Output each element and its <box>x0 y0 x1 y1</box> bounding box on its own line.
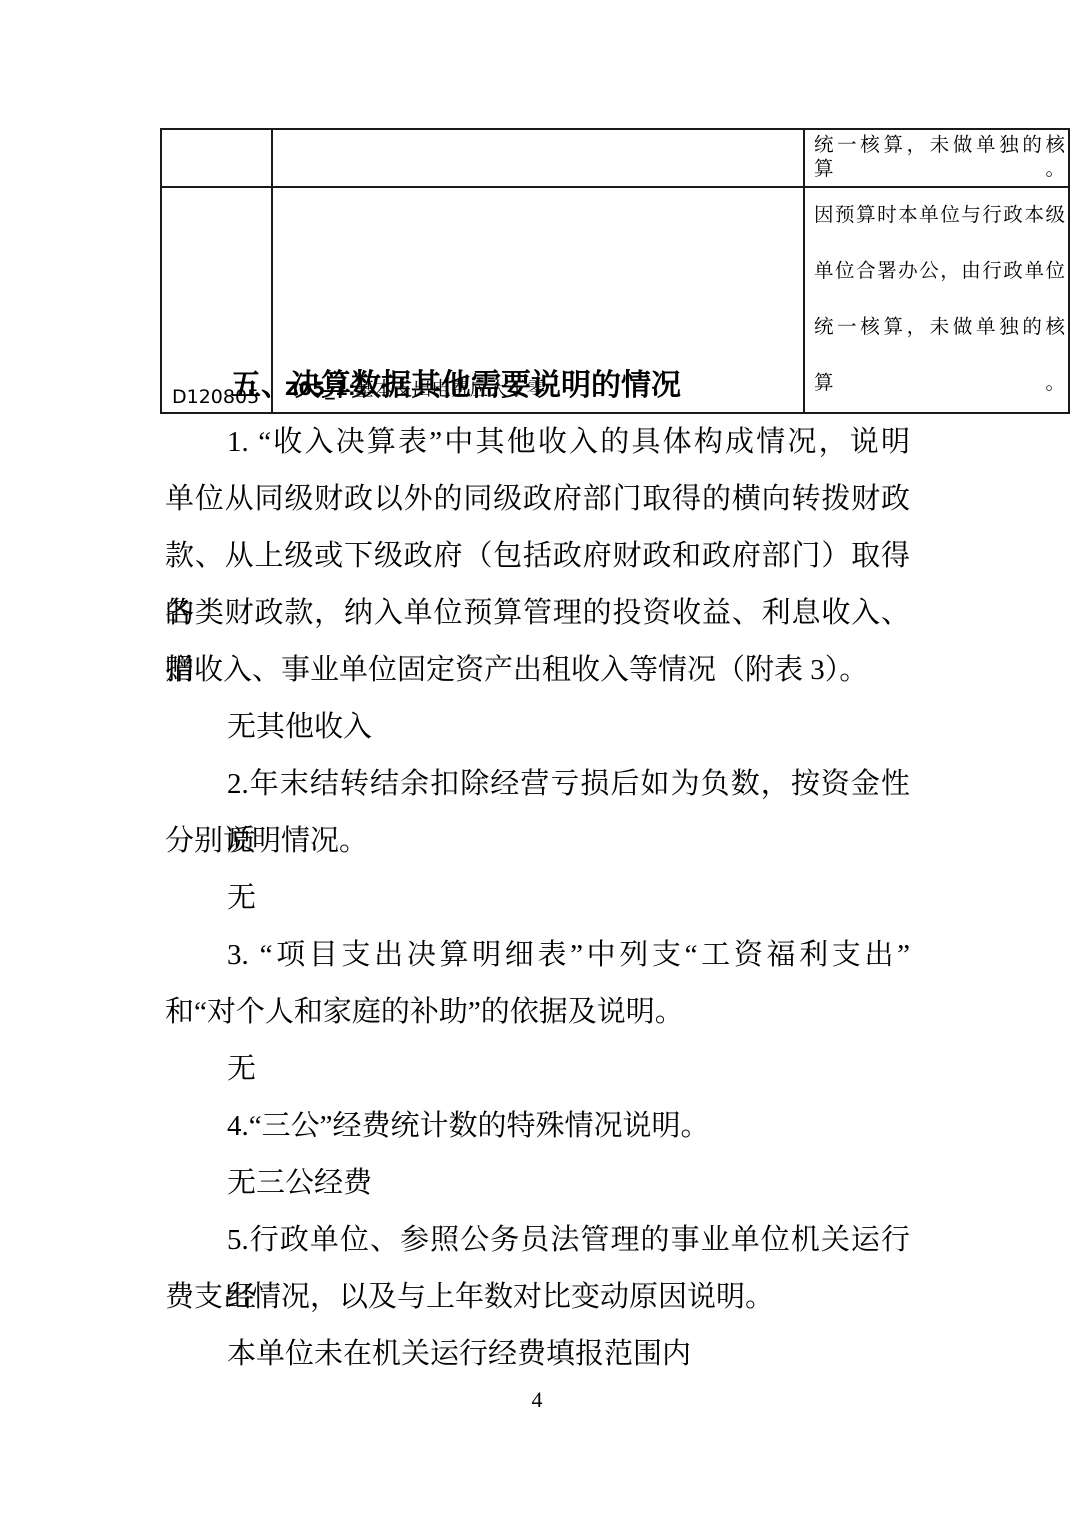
explanation-text: 统一核算，未做单独的核算。 <box>814 134 1065 182</box>
section-heading: 五、决算数据其他需要说明的情况 <box>165 357 910 414</box>
body-line: 赠收入、事业单位固定资产出租收入等情况（附表 3）。 <box>165 642 910 699</box>
body-line: 5.行政单位、参照公务员法管理的事业单位机关运行经 <box>165 1212 910 1269</box>
body-line: 1. “收入决算表”中其他收入的具体构成情况，说明 <box>165 414 910 471</box>
table-cell-empty <box>161 129 272 187</box>
explanation-text: 单位合署办公，由行政单位 <box>814 244 1065 300</box>
body-line: 无 <box>165 1041 910 1098</box>
body-line: 无 <box>165 870 910 927</box>
body-line: 本单位未在机关运行经费填报范围内 <box>165 1326 910 1383</box>
body-line: 无三公经费 <box>165 1155 910 1212</box>
body-line: 4.“三公”经费统计数的特殊情况说明。 <box>165 1098 910 1155</box>
body-line: 和“对个人和家庭的补助”的依据及说明。 <box>165 984 910 1041</box>
body-line: 各类财政款，纳入单位预算管理的投资收益、利息收入、捐 <box>165 585 910 642</box>
body-line: 费支出情况，以及与上年数对比变动原因说明。 <box>165 1269 910 1326</box>
body-line: 2.年末结转结余扣除经营亏损后如为负数，按资金性质 <box>165 756 910 813</box>
table-cell-explanation: 统一核算，未做单独的核算。 <box>804 129 1069 187</box>
table-cell-empty <box>272 129 804 187</box>
document-page: 统一核算，未做单独的核算。 D120805 Z05_1:基本支出电费应大于零 因… <box>0 0 1074 1520</box>
page-number: 4 <box>0 1386 1074 1414</box>
body-line: 款、从上级或下级政府（包括政府财政和政府部门）取得的 <box>165 528 910 585</box>
body-line: 3. “项目支出决算明细表”中列支“工资福利支出” <box>165 927 910 984</box>
explanation-text: 因预算时本单位与行政本级 <box>814 188 1065 244</box>
body-text-block: 五、决算数据其他需要说明的情况 1. “收入决算表”中其他收入的具体构成情况，说… <box>165 357 910 1383</box>
body-line: 无其他收入 <box>165 699 910 756</box>
body-line: 分别说明情况。 <box>165 813 910 870</box>
body-line: 单位从同级财政以外的同级政府部门取得的横向转拨财政 <box>165 471 910 528</box>
